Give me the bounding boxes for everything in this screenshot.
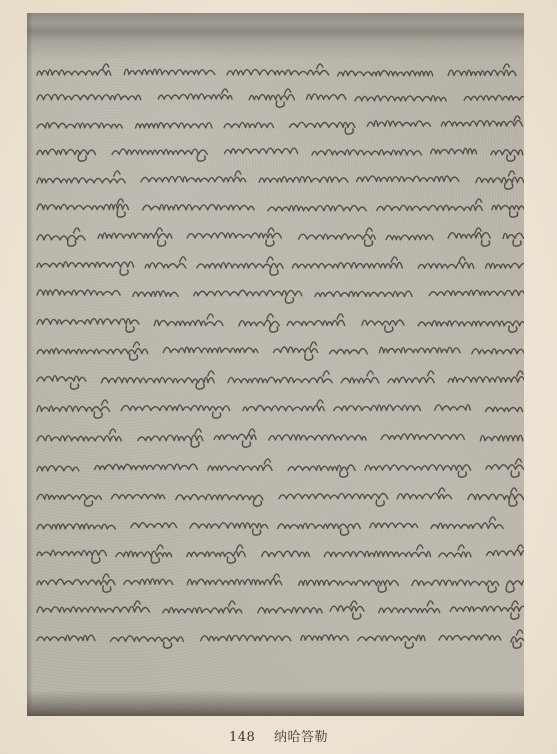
handwriting-strokes bbox=[35, 571, 524, 593]
manuscript-line bbox=[35, 254, 524, 276]
manuscript-line bbox=[35, 571, 524, 593]
manuscript-line bbox=[35, 368, 524, 390]
handwriting-strokes bbox=[35, 485, 524, 507]
manuscript-line bbox=[35, 61, 524, 83]
manuscript-line bbox=[35, 225, 524, 247]
photo-top-shadow bbox=[27, 13, 524, 61]
handwriting-strokes bbox=[35, 113, 524, 135]
manuscript-line bbox=[35, 168, 524, 190]
manuscript-line bbox=[35, 86, 524, 108]
handwriting-strokes bbox=[35, 426, 524, 448]
handwriting-strokes bbox=[35, 514, 524, 536]
photo-left-edge bbox=[27, 13, 33, 716]
manuscript-line bbox=[35, 485, 524, 507]
handwriting-strokes bbox=[35, 168, 524, 190]
figure-title: 纳哈答勒 bbox=[274, 730, 328, 745]
handwriting-strokes bbox=[35, 339, 524, 361]
manuscript-line bbox=[35, 282, 524, 304]
handwriting-strokes bbox=[35, 598, 524, 620]
manuscript-line bbox=[35, 140, 524, 162]
handwriting-strokes bbox=[35, 456, 524, 478]
handwriting-strokes bbox=[35, 542, 524, 564]
manuscript-line bbox=[35, 397, 524, 419]
manuscript-line bbox=[35, 113, 524, 135]
handwriting-strokes bbox=[35, 368, 524, 390]
handwriting-strokes bbox=[35, 61, 524, 83]
handwriting-strokes bbox=[35, 225, 524, 247]
manuscript-photograph bbox=[27, 13, 524, 716]
manuscript-line bbox=[35, 627, 524, 649]
handwriting-strokes bbox=[35, 196, 524, 218]
figure-caption: 148 纳哈答勒 bbox=[0, 726, 557, 745]
manuscript-line bbox=[35, 456, 524, 478]
handwriting-strokes bbox=[35, 397, 524, 419]
manuscript-line bbox=[35, 542, 524, 564]
handwriting-strokes bbox=[35, 140, 524, 162]
manuscript-line bbox=[35, 598, 524, 620]
manuscript-line bbox=[35, 339, 524, 361]
manuscript-line bbox=[35, 426, 524, 448]
figure-number: 148 bbox=[229, 730, 255, 745]
handwriting-strokes bbox=[35, 627, 524, 649]
photo-bottom-shadow bbox=[27, 690, 524, 716]
manuscript-line bbox=[35, 311, 524, 333]
handwriting-strokes bbox=[35, 311, 524, 333]
manuscript-line bbox=[35, 196, 524, 218]
handwriting-strokes bbox=[35, 254, 524, 276]
handwriting-strokes bbox=[35, 282, 524, 304]
manuscript-line bbox=[35, 514, 524, 536]
handwriting-strokes bbox=[35, 86, 524, 108]
